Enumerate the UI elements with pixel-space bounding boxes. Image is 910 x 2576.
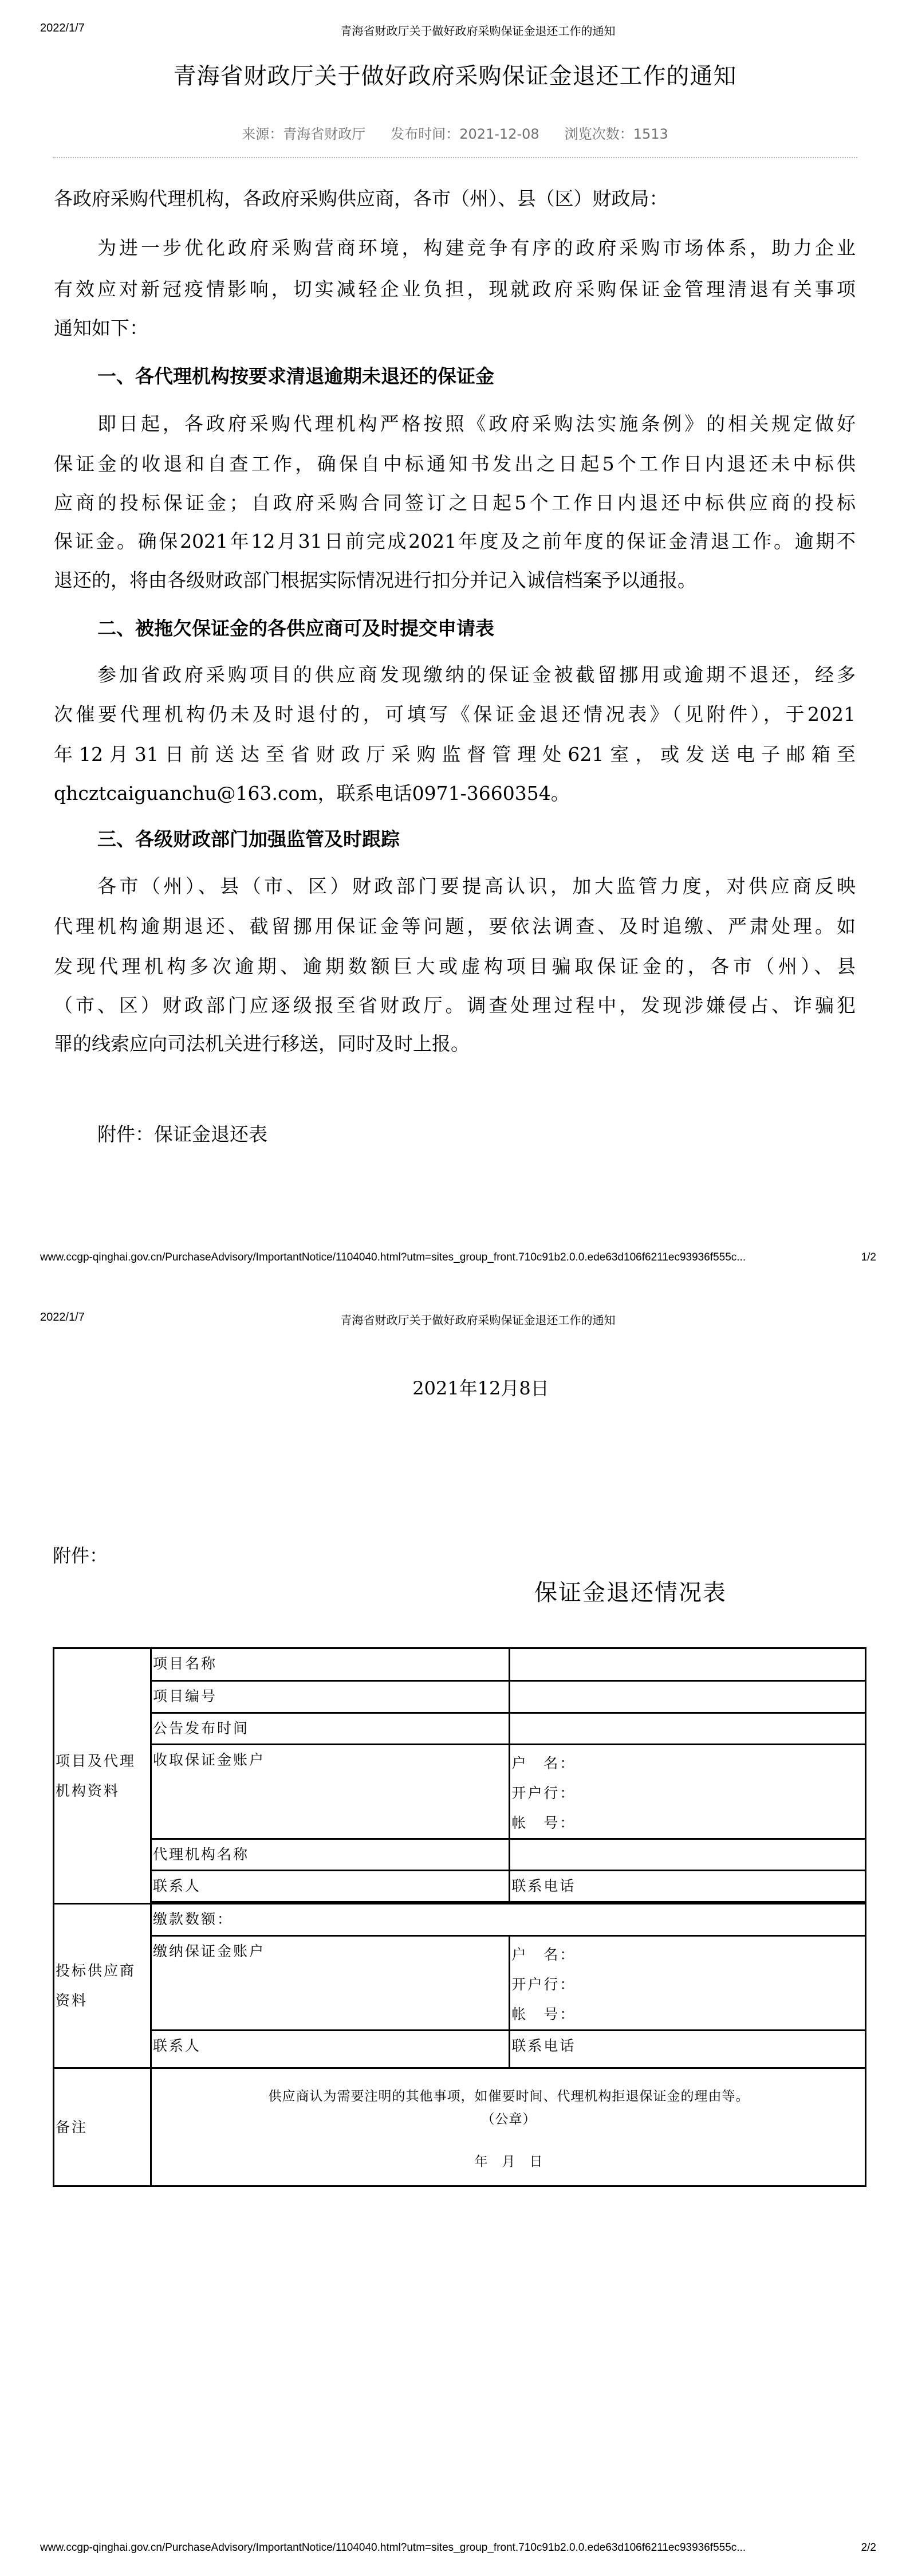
intro-line: 为进一步优化政府采购营商环境，构建竞争有序的政府采购市场体系，助力企业: [97, 237, 856, 260]
remarks-field[interactable]: 供应商认为需要注明的其他事项，如催要时间、代理机构拒退保证金的理由等。 （公章）…: [151, 2068, 865, 2186]
page-number: 2/2: [861, 2542, 876, 2554]
section-2-contact-line: qhcztcaiguanchu@163.com，联系电话0971-3660354…: [54, 782, 856, 805]
pay-account-field[interactable]: 户 名： 开户行： 帐 号：: [510, 1936, 866, 2031]
bank-label: 开户行：: [511, 1970, 865, 2000]
table-title: 保证金退还情况表: [534, 1574, 727, 1607]
row-label-pay-account: 缴纳保证金账户: [151, 1936, 509, 2031]
section-1-line: 保证金的收退和自查工作，确保自中标通知书发出之日起5个工作日内退还未中标供: [54, 453, 856, 476]
remarks-hint: 供应商认为需要注明的其他事项，如催要时间、代理机构拒退保证金的理由等。: [153, 2085, 865, 2108]
section-2-line: 次催要代理机构仍未及时退付的，可填写《保证金退还情况表》（见附件），于2021: [54, 703, 856, 726]
article-meta: 来源：青海省财政厅发布时间：2021-12-08浏览次数：1513: [0, 123, 910, 143]
section-2-line: 年12月31日前送达至省财政厅采购监督管理处621室，或发送电子邮箱至: [54, 743, 856, 766]
row-label-project-code: 项目编号: [151, 1681, 509, 1713]
bank-label: 开户行：: [511, 1778, 865, 1808]
intro-line: 有效应对新冠疫情影响，切实减轻企业负担，现就政府采购保证金管理清退有关事项: [54, 278, 856, 301]
row-label-announce-time: 公告发布时间: [151, 1713, 509, 1745]
table-row: 备注 供应商认为需要注明的其他事项，如催要时间、代理机构拒退保证金的理由等。 （…: [54, 2068, 866, 2186]
table-row: 项目及代理机构资料 项目名称: [54, 1648, 866, 1681]
section-heading-2: 二、被拖欠保证金的各供应商可及时提交申请表: [97, 617, 494, 640]
row-label-supplier-contact: 联系人: [151, 2031, 509, 2068]
title-divider: [53, 157, 857, 158]
project-code-field[interactable]: [510, 1681, 866, 1713]
section-2-line: 参加省政府采购项目的供应商发现缴纳的保证金被截留挪用或逾期不退还，经多: [97, 663, 856, 686]
meta-published: 发布时间：2021-12-08: [391, 126, 539, 142]
print-footer-page2: www.ccgp-qinghai.gov.cn/PurchaseAdvisory…: [40, 2542, 876, 2554]
project-name-field[interactable]: [510, 1648, 866, 1681]
table-row: 收取保证金账户 户 名： 开户行： 帐 号：: [54, 1745, 866, 1839]
row-label-collect-account: 收取保证金账户: [151, 1745, 509, 1839]
section-3-line: 罪的线索应向司法机关进行移送，同时及时上报。: [54, 1032, 856, 1055]
remarks-seal: （公章）: [153, 2108, 865, 2131]
table-row: 联系人 联系电话: [54, 1871, 866, 1902]
section-3-line: 代理机构逾期退还、截留挪用保证金等问题，要依法调查、及时追缴、严肃处理。如: [54, 915, 856, 938]
section-3-line: 各市（州）、县（市、区）财政部门要提高认识，加大监管力度，对供应商反映: [97, 875, 856, 898]
intro-line: 通知如下：: [54, 317, 856, 340]
account-no-label: 帐 号：: [511, 1808, 865, 1838]
table-row: 项目编号: [54, 1681, 866, 1713]
row-label-agency-contact: 联系人: [151, 1871, 509, 1902]
print-footer-page1: www.ccgp-qinghai.gov.cn/PurchaseAdvisory…: [40, 1251, 876, 1264]
agency-name-field[interactable]: [510, 1839, 866, 1871]
announce-time-field[interactable]: [510, 1713, 866, 1745]
row-label-project-name: 项目名称: [151, 1648, 509, 1681]
section-heading-1: 一、各代理机构按要求清退逾期未退还的保证金: [97, 365, 494, 388]
table-row: 投标供应商资料 缴款数额：: [54, 1904, 866, 1936]
section-3-line: 发现代理机构多次逾期、逾期数额巨大或虚构项目骗取保证金的，各市（州）、县: [54, 955, 856, 978]
page-number: 1/2: [861, 1251, 876, 1264]
table-row: 联系人 联系电话: [54, 2031, 866, 2068]
remarks-date: 年 月 日: [153, 2150, 865, 2173]
sign-date: 2021年12月8日: [0, 1374, 910, 1400]
page-title: 青海省财政厅关于做好政府采购保证金退还工作的通知: [0, 62, 910, 91]
attachment-label: 附件：: [53, 1541, 108, 1568]
section-heading-3: 三、各级财政部门加强监管及时跟踪: [97, 828, 400, 851]
agency-contact-phone-field[interactable]: 联系电话: [510, 1871, 866, 1902]
account-name-label: 户 名：: [511, 1940, 865, 1970]
section-3-line: （市、区）财政部门应逐级报至省财政厅。调查处理过程中，发现涉嫌侵占、诈骗犯: [54, 994, 856, 1017]
salutation: 各政府采购代理机构，各政府采购供应商，各市（州）、县（区）财政局：: [54, 187, 856, 210]
print-footer-url: www.ccgp-qinghai.gov.cn/PurchaseAdvisory…: [40, 1251, 746, 1263]
section-1-line: 保证金。确保2021年12月31日前完成2021年度及之前年度的保证金清退工作。…: [54, 530, 856, 553]
supplier-contact-phone-field[interactable]: 联系电话: [510, 2031, 866, 2068]
account-no-label: 帐 号：: [511, 2000, 865, 2029]
table-row: 代理机构名称: [54, 1839, 866, 1871]
row-label-agency-name: 代理机构名称: [151, 1839, 509, 1871]
meta-source: 来源：青海省财政厅: [242, 126, 365, 142]
collect-account-field[interactable]: 户 名： 开户行： 帐 号：: [510, 1745, 866, 1839]
print-footer-url: www.ccgp-qinghai.gov.cn/PurchaseAdvisory…: [40, 2542, 746, 2554]
table-row: 缴纳保证金账户 户 名： 开户行： 帐 号：: [54, 1936, 866, 2031]
group-agency: 项目及代理机构资料: [54, 1648, 151, 1904]
print-header-title: 青海省财政厅关于做好政府采购保证金退还工作的通知: [0, 1311, 910, 1328]
attachment-link[interactable]: 附件：保证金退还表: [97, 1123, 267, 1146]
section-1-line: 应商的投标保证金；自政府采购合同签订之日起5个工作日内退还中标供应商的投标: [54, 492, 856, 515]
account-name-label: 户 名：: [511, 1749, 865, 1778]
meta-views: 浏览次数：1513: [565, 126, 668, 142]
group-supplier: 投标供应商资料: [54, 1904, 151, 2068]
table-row: 公告发布时间: [54, 1713, 866, 1745]
paid-amount-field[interactable]: 缴款数额：: [151, 1904, 865, 1936]
section-1-line: 退还的，将由各级财政部门根据实际情况进行扣分并记入诚信档案予以通报。: [54, 569, 856, 592]
refund-form-table: 项目及代理机构资料 项目名称 项目编号 公告发布时间 收取保证金账户 户 名： …: [53, 1647, 866, 2187]
section-1-line: 即日起，各政府采购代理机构严格按照《政府采购法实施条例》的相关规定做好: [97, 413, 856, 435]
print-header-title: 青海省财政厅关于做好政府采购保证金退还工作的通知: [0, 22, 910, 38]
group-remarks: 备注: [54, 2068, 151, 2186]
